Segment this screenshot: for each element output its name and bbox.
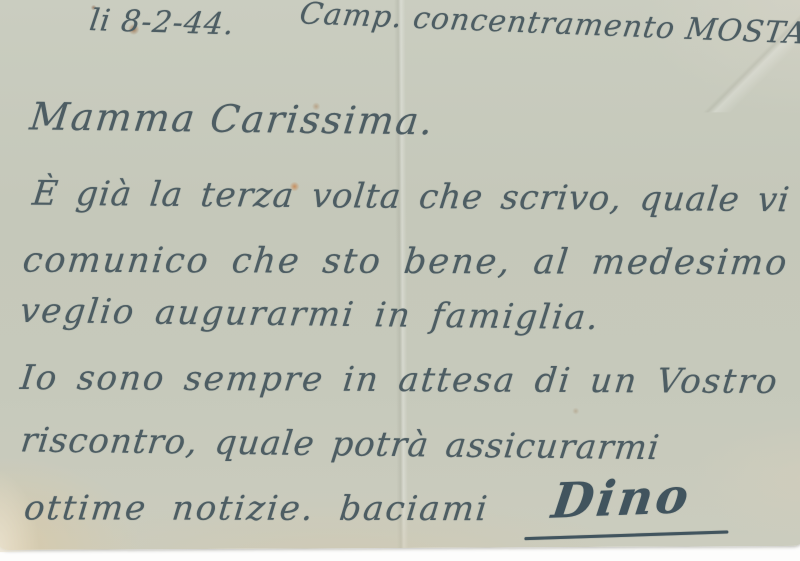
- postcard-photo: li 8-2-44. Camp. concentramento MOSTAR. …: [0, 0, 800, 561]
- body-line-5: riscontro, quale potrà assicurarmi: [19, 420, 662, 468]
- signature: Dino: [548, 468, 694, 530]
- date-line: li 8-2-44.: [87, 3, 237, 42]
- body-line-3: veglio augurarmi in famiglia.: [18, 291, 602, 338]
- body-line-1: È già la terza volta che scrivo, quale v…: [30, 174, 792, 221]
- body-line-6: ottime notizie. baciami: [22, 488, 491, 529]
- signature-underline: [524, 530, 728, 540]
- body-line-4: Io sono sempre in attesa di un Vostro: [18, 358, 781, 402]
- body-line-2: comunico che sto bene, al medesimo: [21, 241, 791, 284]
- salutation-line: Mamma Carissima.: [28, 94, 437, 143]
- postcard: li 8-2-44. Camp. concentramento MOSTAR. …: [0, 0, 800, 550]
